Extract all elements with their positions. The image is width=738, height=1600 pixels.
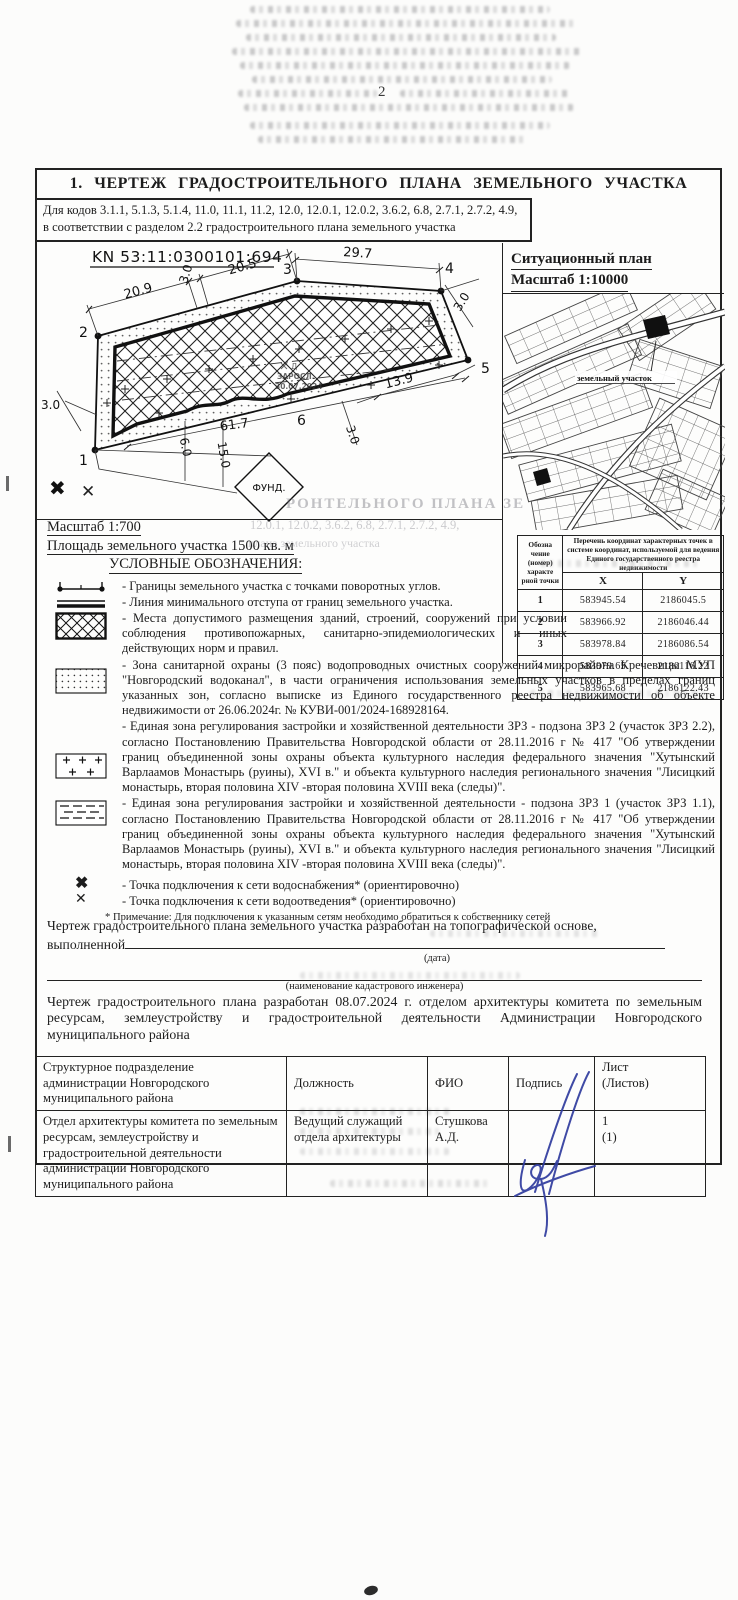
header-signature: Подпись (509, 1057, 595, 1111)
cell-sheet: 1 (1) (595, 1111, 706, 1197)
situational-plan-title: Ситуационный план (511, 249, 652, 270)
water-supply-point-icon: ✖ (49, 476, 66, 500)
scan-artifact (8, 1136, 11, 1152)
plan-scale: Масштаб 1:700 (47, 520, 141, 536)
legend-item: ✕ - Точка подключения к сети водоотведен… (47, 894, 715, 909)
header-position: Должность (287, 1057, 428, 1111)
dimension-label: 15.0 (215, 441, 233, 470)
parcel-drawing-panel: 20.9 3.0 20.5 29.7 3.0 3.0 13.9 6 3.0 61… (37, 243, 502, 520)
cadastral-number-label: KN 53:11:0300101:694 (92, 248, 282, 266)
header-sheet: Лист (Листов) (595, 1057, 706, 1111)
cell-signature (509, 1111, 595, 1197)
point-label: 5 (481, 361, 490, 377)
dimension-label: 3.0 (176, 263, 195, 285)
legend-item: - Единая зона регулирования застройки и … (47, 719, 715, 795)
legend-item: - Линия минимального отступа от границ з… (47, 595, 715, 610)
document-title: 1. ЧЕРТЕЖ ГРАДОСТРОИТЕЛЬНОГО ПЛАНА ЗЕМЕЛ… (37, 170, 720, 198)
date-caption: (дата) (227, 953, 647, 964)
zrz2-zone-icon (55, 753, 107, 783)
header-department: Структурное подразделение администрации … (36, 1057, 287, 1111)
parcel-drawing: 20.9 3.0 20.5 29.7 3.0 3.0 13.9 6 3.0 61… (37, 243, 502, 520)
point-label: 1 (79, 453, 88, 469)
dimension-label: 3.0 (451, 290, 473, 314)
dimension-label: 29.7 (343, 245, 373, 262)
scan-artifact (6, 476, 9, 491)
dimension-label: 3.0 (41, 398, 60, 412)
sanitary-zone-icon (55, 668, 107, 698)
svg-text:Д: Д (291, 362, 297, 371)
cell-department: Отдел архитектуры комитета по земельным … (36, 1111, 287, 1197)
situational-map: земельный участок (503, 294, 725, 530)
header-fio: ФИО (428, 1057, 509, 1111)
legend-item: - Границы земельного участка с точками п… (47, 579, 715, 594)
signature-table-header-row: Структурное подразделение администрации … (36, 1057, 706, 1111)
scanned-document-page: 2 1. ЧЕРТЕЖ ГРАДОСТРОИТЕЛЬНОГО ПЛАНА ЗЕМ… (0, 0, 738, 1600)
legend-item: - Единая зона регулирования застройки и … (47, 796, 715, 872)
buildable-area-icon (55, 612, 107, 644)
point-label: 4 (445, 261, 454, 277)
dimension-label: 61.7 (219, 416, 250, 434)
legend-item: - Места допустимого размещения зданий, с… (47, 611, 715, 657)
developed-by-paragraph: Чертеж градостроительного плана разработ… (47, 994, 702, 1043)
water-disposal-point-icon: ✕ (81, 482, 95, 502)
topo-basis-block: Чертеж градостроительного плана земельно… (47, 918, 715, 992)
legend-item: - Зона санитарной охраны (3 пояс) водопр… (47, 658, 715, 719)
water-supply-point-icon: ✖ (75, 876, 88, 891)
topo-line2-prefix: выполненной (47, 937, 125, 952)
parcel-label: земельный участок (577, 373, 652, 383)
situational-plan-scale: Масштаб 1:10000 (511, 270, 628, 291)
legend-item: ✖ - Точка подключения к сети водоснабжен… (47, 878, 715, 893)
zrz1-zone-icon (55, 800, 107, 830)
page-number: 2 (378, 84, 386, 101)
topo-line1: Чертеж градостроительного плана земельно… (47, 918, 715, 934)
dimension-label: 6 (297, 413, 306, 429)
scan-artifact (363, 1584, 379, 1596)
engineer-caption: (наименование кадастрового инженера) (47, 981, 702, 992)
document-frame: 1. ЧЕРТЕЖ ГРАДОСТРОИТЕЛЬНОГО ПЛАНА ЗЕМЕЛ… (35, 168, 722, 1165)
topo-blank (125, 935, 665, 949)
point-label: 2 (79, 325, 88, 341)
water-disposal-point-icon: ✕ (75, 892, 87, 907)
dimension-label: 3.0 (343, 424, 362, 446)
foundation-label: ФУНД. (252, 483, 285, 494)
parcel-area: Площадь земельного участка 1500 кв. м (47, 539, 294, 555)
point-label: 3 (283, 262, 292, 278)
svg-text:ЗАРОСЛ.: ЗАРОСЛ. (277, 372, 315, 381)
legend-section: Масштаб 1:700 Площадь земельного участка… (47, 520, 715, 925)
codes-note: Для кодов 3.1.1, 5.1.3, 5.1.4, 11.0, 11.… (35, 198, 532, 242)
legend-heading: УСЛОВНЫЕ ОБОЗНАЧЕНИЯ: (109, 557, 302, 573)
dimension-label: 20.9 (122, 281, 154, 303)
dimension-label: 6.0 (177, 436, 195, 458)
signature-table: Структурное подразделение администрации … (35, 1056, 706, 1197)
foundation-outline: ФУНД. (235, 453, 303, 521)
svg-text:30.07.2024: 30.07.2024 (275, 382, 322, 391)
